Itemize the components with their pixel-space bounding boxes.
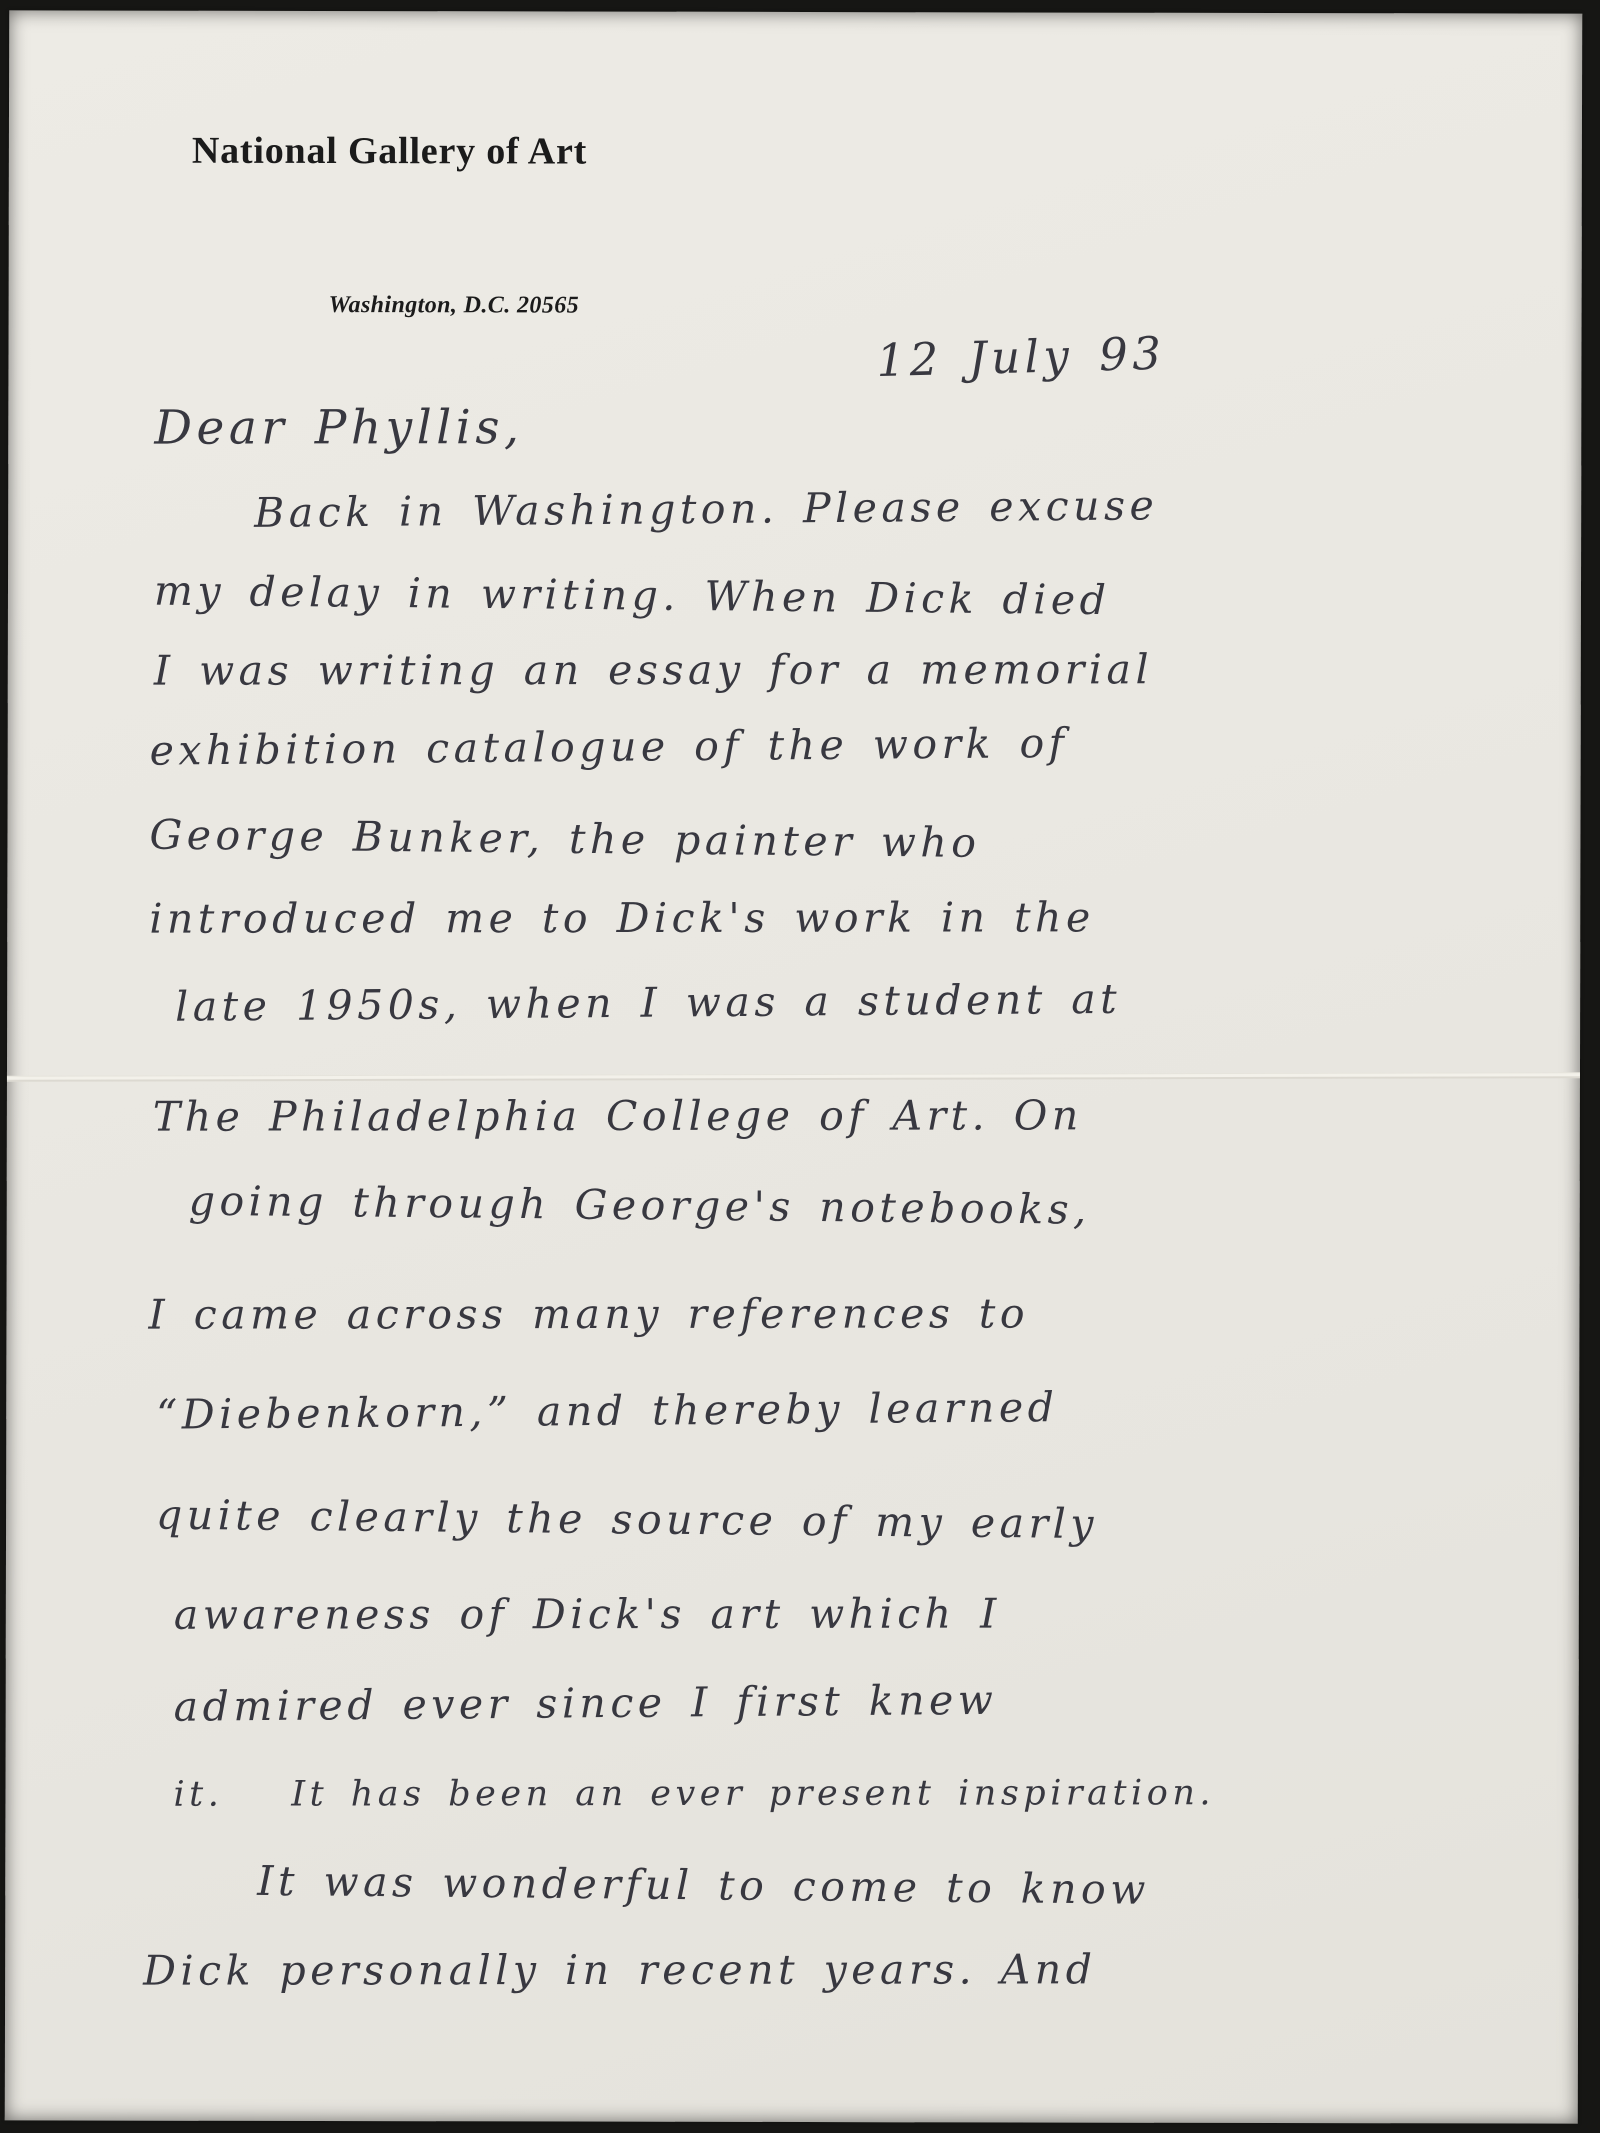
letter-body-line: “Diebenkorn,” and thereby learned <box>156 1383 1058 1439</box>
letter-salutation: Dear Phyllis, <box>154 400 523 456</box>
letter-body-line: Back in Washington. Please excuse <box>254 481 1159 537</box>
letter-body-line: It was wonderful to come to know <box>257 1857 1150 1914</box>
letter-body-line: late 1950s, when I was a student at <box>175 975 1121 1031</box>
letter-page: National Gallery of Art Washington, D.C.… <box>5 10 1582 2123</box>
letter-body-line: exhibition catalogue of the work of <box>149 719 1068 775</box>
letter-body-line: I was writing an essay for a memorial <box>154 645 1153 694</box>
letter-body-line: George Bunker, the painter who <box>149 811 980 867</box>
letter-body-line: introduced me to Dick's work in the <box>149 893 1094 942</box>
letter-body-line: The Philadelphia College of Art. On <box>153 1091 1083 1140</box>
letter-body-line: quite clearly the source of my early <box>156 1491 1098 1548</box>
letter-body-line: Dick personally in recent years. And <box>143 1945 1096 1994</box>
letterhead-address: Washington, D.C. 20565 <box>329 292 579 320</box>
letter-body-line: admired ever since I first knew <box>173 1676 997 1731</box>
letter-body-line: I came across many references to <box>148 1289 1029 1338</box>
photo-background: National Gallery of Art Washington, D.C.… <box>0 0 1600 2133</box>
letter-body-line: it. It has been an ever present inspirat… <box>173 1773 1215 1814</box>
letter-body-line: awareness of Dick's art which I <box>174 1590 1001 1639</box>
letter-body-line: going through George's notebooks, <box>188 1177 1090 1234</box>
fold-crease <box>7 1072 1580 1082</box>
letter-date: 12 July 93 <box>876 327 1166 387</box>
letterhead-institution: National Gallery of Art <box>192 129 587 174</box>
letter-body-line: my delay in writing. When Dick died <box>154 567 1111 625</box>
